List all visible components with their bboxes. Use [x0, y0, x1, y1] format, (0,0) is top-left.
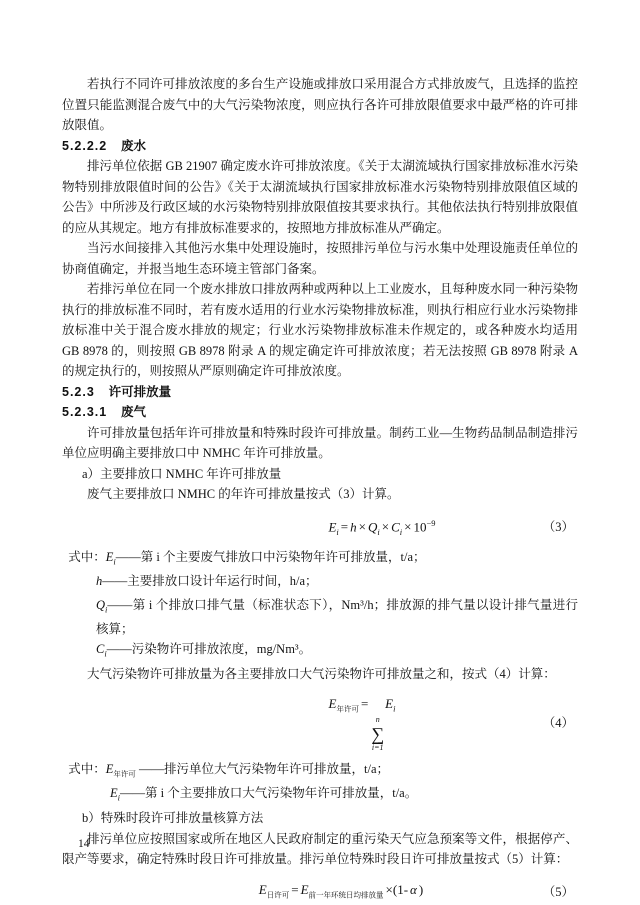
- where-label: 式中：: [68, 762, 106, 776]
- sub-daily-permit: 日许可: [267, 890, 290, 899]
- definition-line: Ei——第 i 个主要排放口大气污染物年许可排放量，t/a。: [62, 784, 578, 808]
- definition-text: ——第 i 个主要排放口大气污染物年许可排放量，t/a。: [120, 786, 417, 800]
- list-item-b: b）特殊时段许可排放量核算方法: [62, 808, 578, 829]
- sub-i: i: [393, 704, 395, 714]
- var-E-annual: E年许可: [106, 762, 136, 776]
- paragraph-wastewater-standards: 排污单位依据 GB 21907 确定废水许可排放浓度。《关于太湖流域执行国家排放…: [62, 156, 578, 238]
- exponent: −9: [426, 518, 435, 528]
- definition-line: Qi——第 i 个排放口排气量（标准状态下），Nm³/h；排放源的排气量以设计排…: [62, 596, 578, 640]
- definition-text: ——第 i 个排放口排气量（标准状态下），Nm³/h；排放源的排气量以设计排气量…: [96, 598, 578, 636]
- paragraph-quantity-intro: 许可排放量包括年许可排放量和特殊时段许可排放量。制药工业—生物药品制品制造排污单…: [62, 423, 578, 464]
- close-paren: ): [417, 882, 425, 897]
- paragraph-formula3-intro: 废气主要排放口 NMHC 的年许可排放量按式（3）计算。: [62, 484, 578, 505]
- formula-4-number: （4）: [543, 712, 574, 734]
- equals-sign: =: [289, 882, 300, 897]
- formula-4-equation: E年许可=n∑i=1Ei: [329, 693, 396, 752]
- heading-title: 许可排放量: [109, 385, 172, 399]
- page-content: 若执行不同许可排放浓度的多台生产设施或排放口采用混合方式排放废气，且选择的监控位…: [62, 74, 578, 905]
- heading-title: 废气: [121, 405, 146, 419]
- sub-prev-year-daily-avg: 前一年环统日均排放量: [309, 890, 384, 899]
- summation-symbol: n∑i=1: [371, 716, 384, 752]
- definition-line: 式中：E年许可 ——排污单位大气污染物年许可排放量，t/a；: [62, 760, 578, 784]
- heading-5-2-3-1-exhaust: 5.2.3.1废气: [62, 402, 578, 423]
- var-E: E: [385, 696, 393, 711]
- heading-5-2-2-2-wastewater: 5.2.2.2废水: [62, 136, 578, 157]
- paragraph-mixed-exhaust: 若执行不同许可排放浓度的多台生产设施或排放口采用混合方式排放废气，且选择的监控位…: [62, 74, 578, 136]
- paragraph-mixed-wastewater: 若排污单位在同一个废水排放口排放两种或两种以上工业废水，且每种废水同一种污染物执…: [62, 279, 578, 382]
- paragraph-formula4-intro: 大气污染物许可排放量为各主要排放口大气污染物许可排放量之和，按式（4）计算：: [62, 664, 578, 685]
- var-E: E: [329, 696, 337, 711]
- definition-text: ——第 i 个主要废气排放口中污染物年许可排放量，t/a；: [116, 550, 426, 564]
- definition-text: ——污染物许可排放浓度，mg/Nm³。: [107, 642, 311, 656]
- formula-5: E日许可=E前一年环统日均排放量×(1-α) （5）: [62, 879, 578, 905]
- formula-3-number: （3）: [543, 516, 574, 538]
- var-E: E: [328, 519, 336, 534]
- formula-5-number: （5）: [543, 881, 574, 903]
- heading-number: 5.2.3.1: [62, 405, 107, 419]
- heading-title: 废水: [121, 139, 146, 153]
- var-E: E: [259, 882, 267, 897]
- paragraph-indirect-discharge: 当污水间接排入其他污水集中处理设施时，按照排污单位与污水集中处理设施责任单位的协…: [62, 238, 578, 279]
- formula-4-definitions: 式中：E年许可 ——排污单位大气污染物年许可排放量，t/a； Ei——第 i 个…: [62, 760, 578, 808]
- heading-number: 5.2.3: [62, 385, 95, 399]
- times-sign: ×: [402, 519, 413, 534]
- definition-text: ——排污单位大气污染物年许可排放量，t/a；: [136, 762, 389, 776]
- definition-line: h——主要排放口设计年运行时间，h/a；: [62, 572, 578, 596]
- definition-line: Ci——污染物许可排放浓度，mg/Nm³。: [62, 640, 578, 664]
- var-E-i: Ei: [110, 786, 120, 800]
- document-page: 若执行不同许可排放浓度的多台生产设施或排放口采用混合方式排放废气，且选择的监控位…: [0, 0, 640, 905]
- page-number: 14: [78, 838, 90, 850]
- times-one-minus: ×(1-: [384, 882, 411, 897]
- var-E: Ei: [106, 550, 116, 564]
- equals-sign: =: [339, 519, 350, 534]
- heading-number: 5.2.2.2: [62, 139, 107, 153]
- formula-3: Ei=h×Qi×Ci×10−9 （3）: [62, 512, 578, 543]
- heading-5-2-3-permitted-quantity: 5.2.3许可排放量: [62, 382, 578, 403]
- times-sign: ×: [357, 519, 368, 534]
- formula-5-equation: E日许可=E前一年环统日均排放量×(1-α): [259, 879, 425, 905]
- var-C: C: [391, 519, 400, 534]
- equals-sign: =: [359, 696, 370, 711]
- sub-annual-permit: 年许可: [336, 705, 359, 714]
- list-item-a: a）主要排放口 NMHC 年许可排放量: [62, 464, 578, 485]
- definition-text: ——主要排放口设计年运行时间，h/a；: [102, 574, 317, 588]
- times-sign: ×: [380, 519, 391, 534]
- formula-4: E年许可=n∑i=1Ei （4）: [62, 693, 578, 752]
- definition-line: 式中：Ei——第 i 个主要废气排放口中污染物年许可排放量，t/a；: [62, 548, 578, 572]
- var-Q: Qi: [96, 598, 107, 612]
- var-Q: Q: [368, 519, 377, 534]
- var-C: Ci: [96, 642, 107, 656]
- where-label: 式中：: [68, 550, 106, 564]
- base-10: 10: [413, 519, 426, 534]
- var-E: E: [301, 882, 309, 897]
- paragraph-formula5-intro: 排污单位应按照国家或所在地区人民政府制定的重污染天气应急预案等文件，根据停产、限…: [62, 829, 578, 870]
- formula-3-definitions: 式中：Ei——第 i 个主要废气排放口中污染物年许可排放量，t/a； h——主要…: [62, 548, 578, 664]
- formula-3-equation: Ei=h×Qi×Ci×10−9: [328, 512, 435, 543]
